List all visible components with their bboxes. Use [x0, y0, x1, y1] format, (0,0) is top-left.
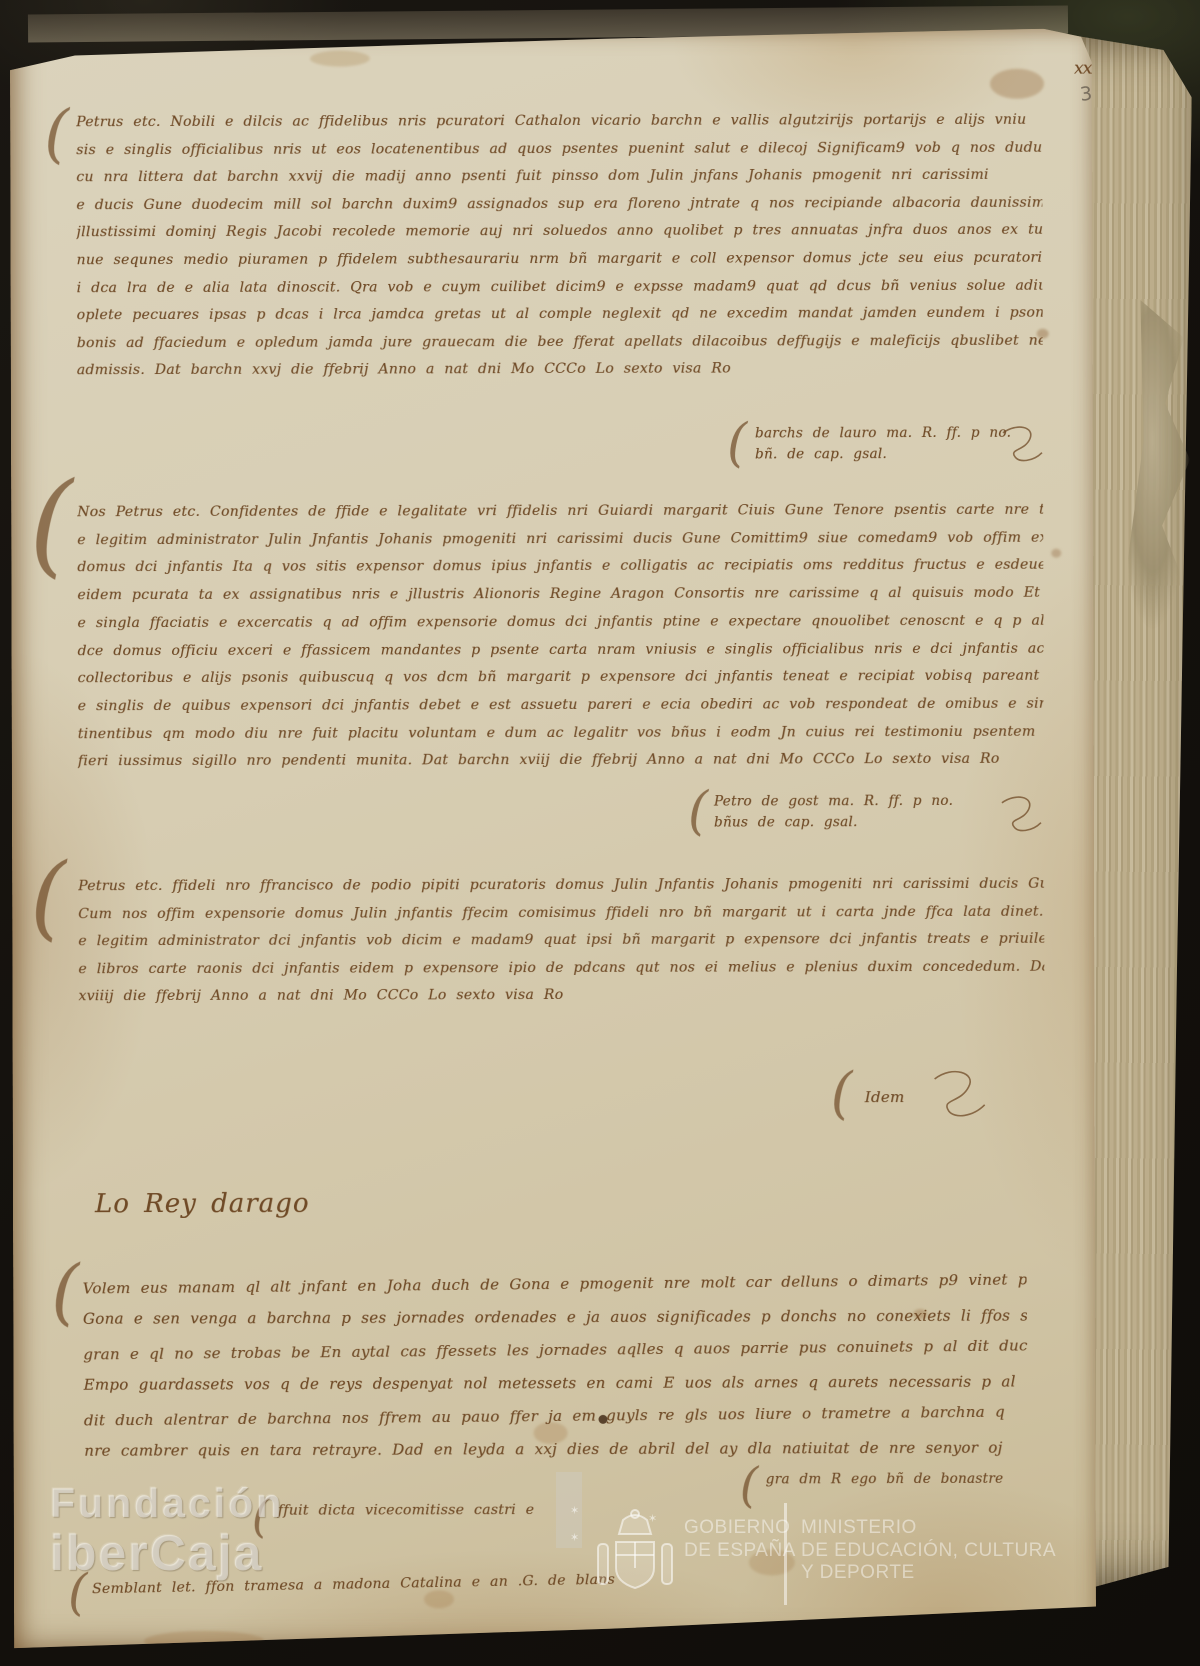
manuscript-page: xxxv 34 ( Petrus etc. Nobili e dilcis ac… [10, 29, 1096, 1652]
manuscript-line: tinentibus qm modo diu nre fuit placitu … [78, 718, 1044, 748]
manuscript-line: oplete pecuares ipsas p dcas i lrca jamd… [77, 300, 1043, 330]
signature-bracket: ( [688, 782, 708, 842]
star-icon: ✶ [570, 1504, 579, 1517]
corner-stain [990, 69, 1044, 99]
paragraph-flourish: ( [51, 1249, 79, 1333]
paragraph-flourish: ( [29, 459, 73, 589]
signature-line: bñus de cap. gsal. [714, 812, 953, 834]
manuscript-line: e legitim administrator Julin Jnfantis J… [77, 524, 1043, 554]
top-edge-stain [310, 50, 370, 66]
watermark-text: DE EDUCACIÓN, CULTURA [801, 1540, 1056, 1563]
foxing-stain [1051, 549, 1061, 558]
manuscript-line: cu nra littera dat barchn xxvij die madi… [76, 162, 1042, 192]
manuscript-line: domus dci jnfantis Ita q vos sitis expen… [77, 552, 1043, 582]
latin-letter-1: Petrus etc. Nobili e dilcis ac ffidelibu… [76, 107, 1043, 385]
spain-coat-of-arms-icon [590, 1506, 680, 1592]
chancery-signature-2: Petro de gost ma. R. ff. p no. bñus de c… [714, 791, 953, 834]
manuscript-line: i dca lra de e alia lata dinoscit. Qra v… [77, 272, 1043, 302]
manuscript-line: Petrus etc. Nobili e dilcis ac ffidelibu… [76, 107, 1042, 137]
catalan-letter: Volem eus manam ql alt jnfant en Joha du… [82, 1263, 1028, 1470]
signature-bracket: ( [831, 1061, 853, 1126]
ministerio-watermark: MINISTERIO DE EDUCACIÓN, CULTURA Y DEPOR… [801, 1517, 1056, 1585]
manuscript-line: bonis ad ffaciedum e opledum jamda jure … [77, 327, 1043, 357]
gobierno-watermark: GOBIERNO DE ESPAÑA [684, 1517, 796, 1562]
notarial-flourish-icon [929, 1069, 989, 1121]
manuscript-line: xviiij die ffebrij Anno a nat dni Mo CCC… [78, 981, 1044, 1011]
latin-letter-2: Nos Petrus etc. Confidentes de ffide e l… [77, 497, 1044, 777]
royal-secretary-signature: gra dm R ego bñ de bonastre [766, 1469, 1004, 1491]
watermark-text: GOBIERNO [684, 1517, 796, 1540]
chancery-signature-1: barchs de lauro ma. R. ff. p no. bñ. de … [755, 423, 1011, 466]
registry-note-1: ffuit dicta vicecomitisse castri e [278, 1500, 535, 1522]
latin-letter-3: Petrus etc. ffideli nro ffrancisco de po… [78, 871, 1044, 1011]
manuscript-line: collectoribus e alijs psonis quibuscuq q… [78, 663, 1044, 693]
watermark-text: Y DEPORTE [801, 1562, 1056, 1585]
manuscript-line: admissis. Dat barchn xxvj die ffebrij An… [77, 355, 1043, 385]
manuscript-line: e libros carte raonis dci jnfantis eidem… [78, 953, 1044, 983]
manuscript-line: e singla ffaciatis e excercatis q ad off… [77, 608, 1043, 638]
manuscript-line: nre cambrer quis en tara retrayre. Dad e… [84, 1431, 1028, 1467]
manuscript-line: e legitim administrator dci jnfantis vob… [78, 926, 1044, 956]
signature-bracket: ( [727, 413, 747, 473]
watermark-text: iberCaja [50, 1527, 284, 1580]
manuscript-line: nue sequnes medio piuramen p ffidelem su… [76, 245, 1042, 275]
manuscript-line: jllustissimi dominj Regis Jacobi recoled… [76, 217, 1042, 247]
manuscript-line: e ducis Gune duodecim mill sol barchn du… [76, 189, 1042, 219]
bottom-edge-stain [144, 1631, 264, 1651]
manuscript-photo: xxxv 34 ( Petrus etc. Nobili e dilcis ac… [0, 0, 1200, 1666]
notarial-flourish-icon [998, 795, 1044, 835]
chancery-signature-3: Idem [865, 1087, 905, 1108]
manuscript-line: Cum nos offim expensorie domus Julin jnf… [78, 898, 1044, 928]
manuscript-line: e singlis de quibus expensori dci jnfant… [78, 691, 1044, 721]
signature-line: bñ. de cap. gsal. [755, 444, 1011, 466]
ibercaja-watermark: Fundación iberCaja [50, 1482, 284, 1580]
letter-salutation-heading: Lo Rey darago [95, 1189, 310, 1220]
star-icon: ✶ [570, 1531, 579, 1544]
manuscript-line: Gona e sen venga a barchna p ses jornade… [83, 1299, 1027, 1335]
notarial-flourish-icon [999, 425, 1045, 465]
manuscript-line: sis e singlis officialibus nris ut eos l… [76, 134, 1042, 164]
manuscript-line: Petrus etc. ffideli nro ffrancisco de po… [78, 871, 1044, 901]
signature-bracket: ( [740, 1457, 759, 1513]
manuscript-line: fieri iussimus sigillo nro pendenti muni… [78, 746, 1044, 776]
watermark-divider [784, 1503, 787, 1605]
manuscript-line: Empo guardassets vos q de reys despenyat… [83, 1365, 1027, 1401]
watermark-text: Fundación [50, 1482, 284, 1525]
manuscript-line: Nos Petrus etc. Confidentes de ffide e l… [77, 497, 1043, 527]
signature-line: Petro de gost ma. R. ff. p no. [714, 791, 953, 813]
paragraph-flourish: ( [30, 843, 66, 950]
paragraph-flourish: ( [44, 97, 69, 171]
manuscript-line: eidem pcurata ta ex assignatibus nris e … [77, 580, 1043, 610]
manuscript-line: dce domus officiu exceri e ffassicem man… [77, 635, 1043, 665]
signature-line: Idem [865, 1087, 905, 1108]
watermark-text: DE ESPAÑA [684, 1540, 796, 1563]
signature-line: barchs de lauro ma. R. ff. p no. [755, 423, 1011, 445]
watermark-text: MINISTERIO [801, 1517, 1056, 1540]
